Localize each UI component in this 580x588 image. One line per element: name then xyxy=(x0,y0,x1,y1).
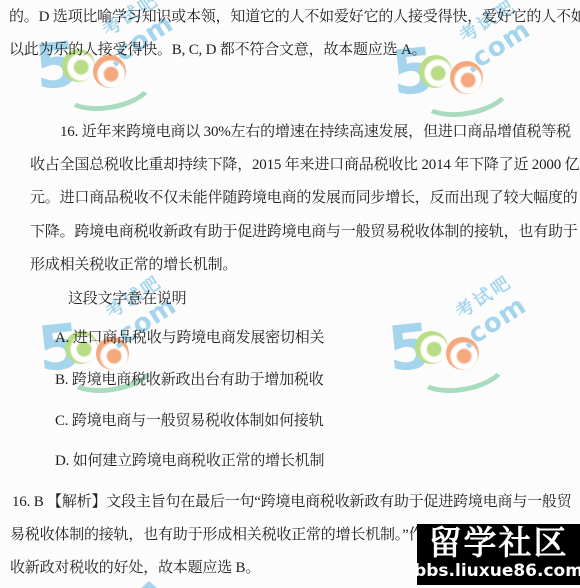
scanned-exam-page: { "page": { "background": "#fcfcfc", "te… xyxy=(0,0,580,588)
watermark-566-logo: 5 考试吧 .com xyxy=(388,292,538,412)
stamp-title: 留学社区 xyxy=(429,524,569,562)
watermark-circle-6-green xyxy=(419,55,452,88)
answer-analysis-line: 16. B 【解析】文段主旨句在最后一句“跨境电商税收新政有助于促进跨境电商与一… xyxy=(12,494,572,511)
question-passage-line: 形成相关税收正常的增长机制。 xyxy=(30,257,237,274)
watermark-circle-6-orange xyxy=(93,55,126,88)
watermark-swoosh xyxy=(415,60,516,124)
question-passage-line: 下降。跨境电商税收新政有助于促进跨境电商与一般贸易税收体制的接轨，也有助于 xyxy=(30,224,578,241)
option-d: D. 如何建立跨境电商税收正常的增长机制 xyxy=(55,453,324,470)
option-a: A. 进口商品税收与跨境电商发展密切相关 xyxy=(55,330,324,347)
watermark-circle-6-orange xyxy=(446,337,479,370)
watermark-566-logo: 5 考试吧 .com xyxy=(392,16,542,136)
watermark-com-text: .com xyxy=(454,290,533,356)
watermark-swoosh xyxy=(58,54,159,118)
watermark-partial-tip xyxy=(140,581,158,588)
question-passage-line: 收占全国总税收比重却持续下降，2015 年来进口商品税收比 2014 年下降了近… xyxy=(30,157,579,174)
watermark-circle-6-orange xyxy=(450,61,483,94)
watermark-circle-6-green xyxy=(415,331,448,364)
liuxue-community-stamp: 留学社区 bbs.liuxue86.com xyxy=(417,524,580,585)
answer-analysis-line: 收新政对税收的好处，故本题应选 B。 xyxy=(10,560,260,577)
watermark-digit-5: 5 xyxy=(35,316,84,380)
watermark-566-logo: 5 考试吧 .com xyxy=(35,10,185,130)
question-passage-line: 16. 近年来跨境电商以 30%左右的增速在持续高速发展，但进口商品增值税等税 xyxy=(60,124,571,141)
option-c: C. 跨境电商与一般贸易税收体制如何接轨 xyxy=(55,413,324,430)
stamp-url: bbs.liuxue86.com xyxy=(414,562,580,581)
watermark-digit-5: 5 xyxy=(385,316,434,380)
question-stem: 这段文字意在说明 xyxy=(68,291,186,308)
watermark-566-logo: 5 考试吧 .com xyxy=(38,292,188,412)
answer-analysis-line: 易税收体制的接轨，也有助于形成相关税收正常的增长机制。”作 xyxy=(10,527,423,544)
option-b: B. 跨境电商税收新政出台有助于增加税收 xyxy=(55,372,324,389)
prev-answer-line: 以此为乐的人接受得快。B, C, D 都不符合文意，故本题应选 A。 xyxy=(9,42,426,59)
watermark-swoosh xyxy=(411,336,512,400)
prev-answer-line: 的。D 选项比喻学习知识或本领，知道它的人不如爱好它的人接受得快，爱好它的人不如 xyxy=(9,9,580,26)
question-passage-line: 元。进口商品税收不仅未能伴随跨境电商的发展而同步增长，反而出现了较大幅度的 xyxy=(30,190,578,207)
watermark-site-name: 考试吧 xyxy=(450,268,517,324)
